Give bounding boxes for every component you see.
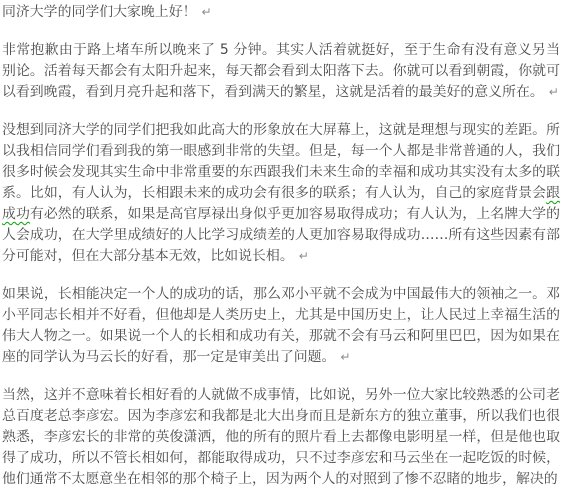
paragraph-text[interactable]: 同济大学的同学们大家晚上好！ bbox=[2, 4, 196, 20]
paragraph-mark-icon: ↵ bbox=[340, 350, 350, 364]
paragraph-mark-icon: ↵ bbox=[549, 85, 559, 99]
paragraph-greeting[interactable]: 同济大学的同学们大家晚上好！↵ bbox=[2, 2, 560, 23]
paragraph-text[interactable]: 非常抱歉由于路上堵车所以晚来了 5 分钟。其实人活着就挺好，至于生命有没有意义另… bbox=[2, 42, 560, 100]
paragraph-looks-and-success[interactable]: 如果说，长相能决定一个人的成功的话，那么邓小平就不会成为中国最伟大的领袖之一。邓… bbox=[2, 284, 560, 368]
document-page[interactable]: 同济大学的同学们大家晚上好！↵ 非常抱歉由于路上堵车所以晚来了 5 分钟。其实人… bbox=[0, 0, 563, 496]
paragraph-text[interactable]: 如果说，长相能决定一个人的成功的话，那么邓小平就不会成为中国最伟大的领袖之一。邓… bbox=[2, 286, 560, 365]
paragraph-text[interactable]: 有必然的联系，如果是高官厚禄出身似乎更加容易取得成功；有人认为，上名牌大学的人会… bbox=[2, 206, 560, 264]
paragraph-text[interactable]: 没想到同济大学的同学们把我如此高大的形象放在大屏幕上，这就是理想与现实的差距。所… bbox=[2, 122, 560, 201]
paragraph-text[interactable]: 当然，这并不意味着长相好看的人就做不成事情，比如说，另外一位大家比较熟悉的公司老… bbox=[2, 387, 560, 487]
paragraph-mark-icon: ↵ bbox=[201, 5, 211, 19]
paragraph-robin-li[interactable]: 当然，这并不意味着长相好看的人就做不成事情，比如说，另外一位大家比较熟悉的公司老… bbox=[2, 385, 560, 490]
paragraph-mark-icon: ↵ bbox=[299, 249, 309, 263]
paragraph-apology[interactable]: 非常抱歉由于路上堵车所以晚来了 5 分钟。其实人活着就挺好，至于生命有没有意义另… bbox=[2, 40, 560, 103]
paragraph-ideal-vs-reality[interactable]: 没想到同济大学的同学们把我如此高大的形象放在大屏幕上，这就是理想与现实的差距。所… bbox=[2, 120, 560, 267]
